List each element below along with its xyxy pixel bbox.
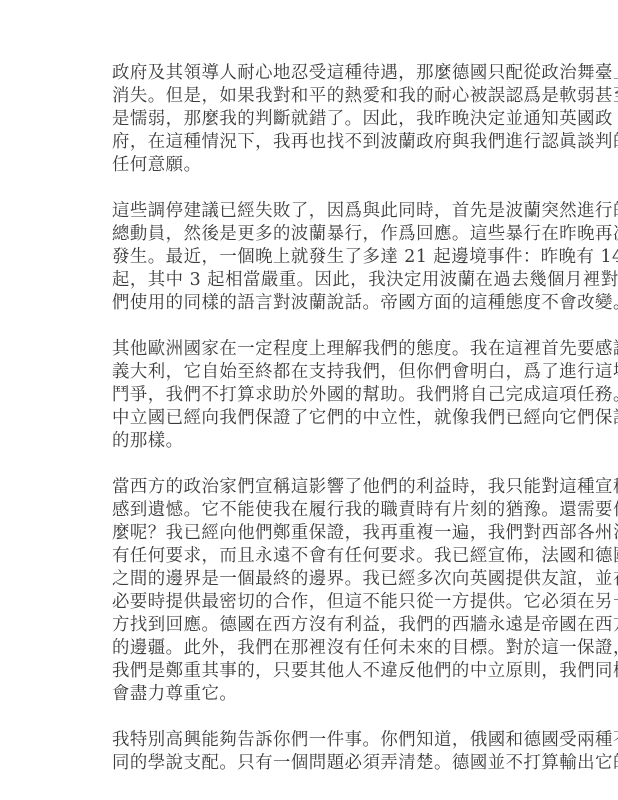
text-line: 鬥爭，我們不打算求助於外國的幫助。我們將自己完成這項任務。	[112, 384, 500, 407]
text-line: 消失。但是，如果我對和平的熱愛和我的耐心被誤認爲是軟弱甚至	[112, 85, 500, 108]
text-line: 必要時提供最密切的合作，但這不能只從一方提供。它必須在另一	[112, 591, 500, 614]
text-line: 總動員，然後是更多的波蘭暴行，作爲回應。這些暴行在昨晚再次	[112, 223, 500, 246]
paragraph-1: 政府及其領導人耐心地忍受這種待遇，那麼德國只配從政治舞臺上 消失。但是，如果我對…	[112, 62, 500, 177]
text-line: 的邊疆。此外，我們在那裡沒有任何未來的目標。對於這一保證，	[112, 637, 500, 660]
text-line: 方找到回應。德國在西方沒有利益，我們的西牆永遠是帝國在西方	[112, 614, 500, 637]
text-line: 麼呢？我已經向他們鄭重保證，我再重複一遍，我們對西部各州沒	[112, 522, 500, 545]
text-line: 中立國已經向我們保證了它們的中立性，就像我們已經向它們保證	[112, 407, 500, 430]
text-line: 們使用的同樣的語言對波蘭說話。帝國方面的這種態度不會改變。	[112, 292, 500, 315]
text-line: 我們是鄭重其事的，只要其他人不違反他們的中立原則，我們同樣	[112, 660, 500, 683]
text-line: 會盡力尊重它。	[112, 683, 500, 706]
text-line: 政府及其領導人耐心地忍受這種待遇，那麼德國只配從政治舞臺上	[112, 62, 500, 85]
text-line: 這些調停建議已經失敗了，因爲與此同時，首先是波蘭突然進行的	[112, 200, 500, 223]
text-line: 其他歐洲國家在一定程度上理解我們的態度。我在這裡首先要感謝	[112, 338, 500, 361]
text-line: 有任何要求，而且永遠不會有任何要求。我已經宣佈，法國和德國	[112, 545, 500, 568]
text-line: 感到遺憾。它不能使我在履行我的職責時有片刻的猶豫。還需要什	[112, 499, 500, 522]
text-line: 發生。最近，一個晚上就發生了多達 21 起邊境事件：昨晚有 14	[112, 246, 500, 269]
document-page: 政府及其領導人耐心地忍受這種待遇，那麼德國只配從政治舞臺上 消失。但是，如果我對…	[0, 0, 618, 800]
text-line: 是懦弱，那麼我的判斷就錯了。因此，我昨晚決定並通知英國政	[112, 108, 500, 131]
text-line: 同的學說支配。只有一個問題必須弄清楚。德國並不打算輸出它的	[112, 752, 500, 775]
text-line: 任何意願。	[112, 154, 500, 177]
text-line: 的那樣。	[112, 430, 500, 453]
paragraph-5: 我特別高興能夠告訴你們一件事。你們知道，俄國和德國受兩種不 同的學說支配。只有一…	[112, 729, 500, 775]
paragraph-2: 這些調停建議已經失敗了，因爲與此同時，首先是波蘭突然進行的 總動員，然後是更多的…	[112, 200, 500, 315]
text-line: 府，在這種情況下，我再也找不到波蘭政府與我們進行認眞談判的	[112, 131, 500, 154]
text-line: 義大利，它自始至終都在支持我們，但你們會明白，爲了進行這場	[112, 361, 500, 384]
document-body: 政府及其領導人耐心地忍受這種待遇，那麼德國只配從政治舞臺上 消失。但是，如果我對…	[112, 62, 500, 798]
paragraph-4: 當西方的政治家們宣稱這影響了他們的利益時，我只能對這種宣稱 感到遺憾。它不能使我…	[112, 476, 500, 706]
paragraph-3: 其他歐洲國家在一定程度上理解我們的態度。我在這裡首先要感謝 義大利，它自始至終都…	[112, 338, 500, 453]
text-line: 之間的邊界是一個最終的邊界。我已經多次向英國提供友誼，並在	[112, 568, 500, 591]
text-line: 起，其中 3 起相當嚴重。因此，我決定用波蘭在過去幾個月裡對我	[112, 269, 500, 292]
text-line: 當西方的政治家們宣稱這影響了他們的利益時，我只能對這種宣稱	[112, 476, 500, 499]
text-line: 我特別高興能夠告訴你們一件事。你們知道，俄國和德國受兩種不	[112, 729, 500, 752]
